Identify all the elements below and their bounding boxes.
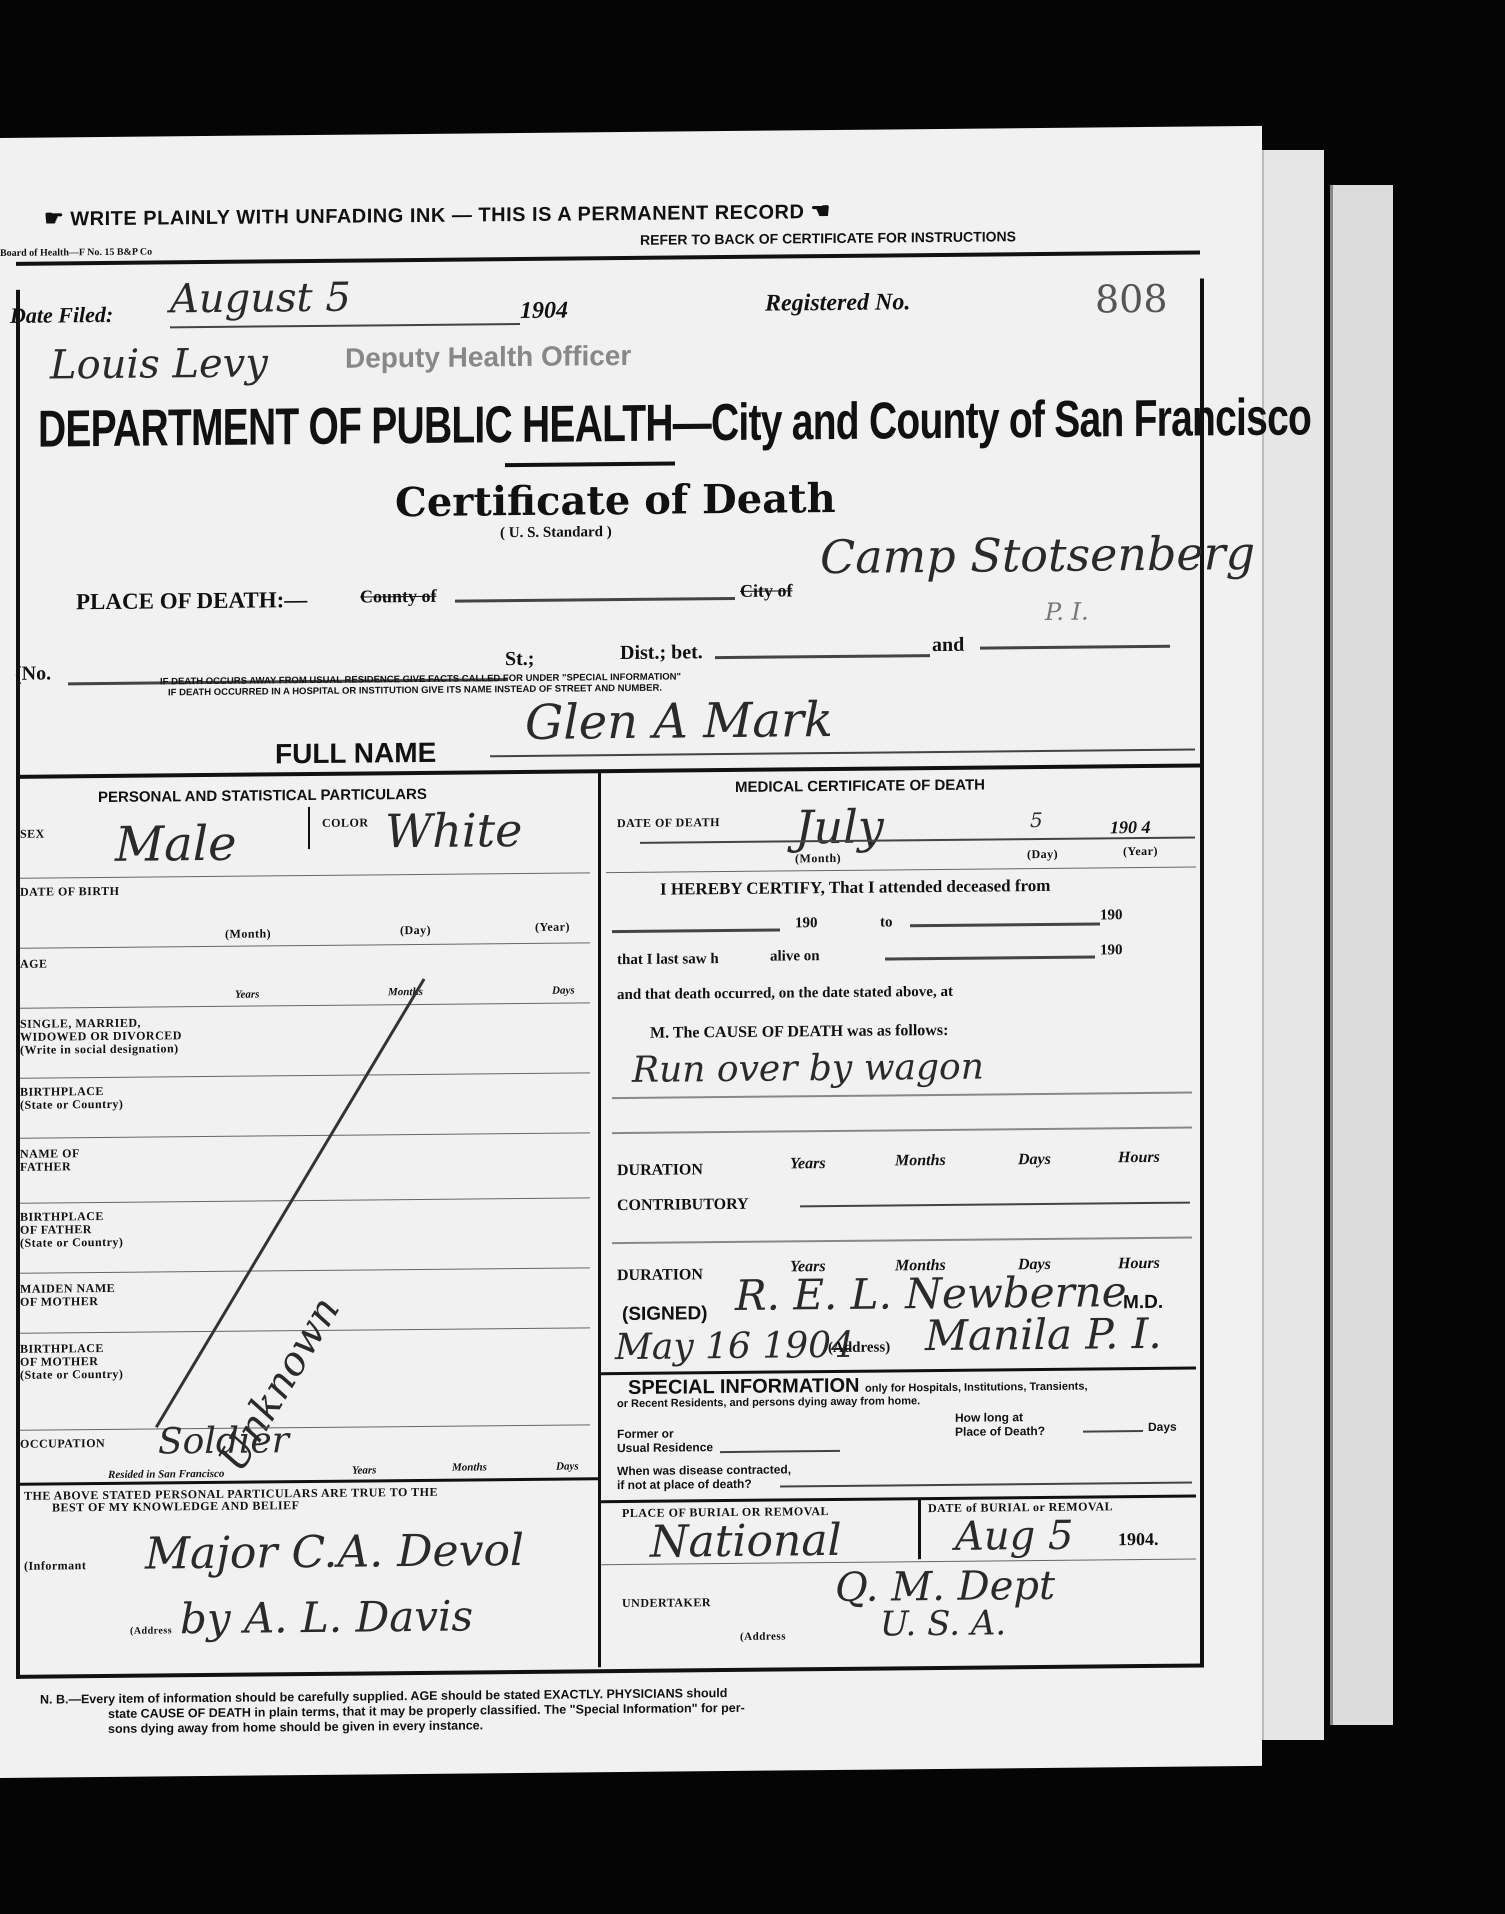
- color-value[interactable]: White: [385, 803, 522, 858]
- resided-years: Years: [352, 1464, 376, 1476]
- mother-name-label: MAIDEN NAME OF MOTHER: [20, 1282, 115, 1309]
- sex-label: SEX: [20, 828, 45, 841]
- cause-of-death-value[interactable]: Run over by wagon: [632, 1047, 984, 1091]
- cause-intro: M. The CAUSE OF DEATH was as follows:: [650, 1022, 948, 1043]
- undertaker-address-label: (Address: [740, 1630, 786, 1643]
- occupation-label: OCCUPATION: [20, 1437, 105, 1451]
- date-filed-label: Date Filed:: [10, 302, 113, 329]
- signed-label: (SIGNED): [622, 1303, 708, 1326]
- month-caption: (Month): [795, 852, 841, 865]
- mother-birthplace-label: BIRTHPLACE OF MOTHER (State or Country): [20, 1342, 123, 1382]
- year-caption: (Year): [1123, 845, 1158, 858]
- last-saw-label: that I last saw h: [617, 951, 719, 969]
- date-filed-value[interactable]: August 5: [170, 275, 351, 323]
- column-divider: [598, 772, 601, 1667]
- certificate-subtitle: ( U. S. Standard ): [500, 524, 612, 542]
- certificate-title: Certificate of Death: [395, 475, 836, 526]
- disease-contracted-label: When was disease contracted, if not at p…: [617, 1462, 791, 1492]
- footnote: N. B.—Every item of information should b…: [40, 1686, 745, 1738]
- full-name-value[interactable]: Glen A Mark: [525, 692, 833, 751]
- top-rule: [16, 250, 1200, 265]
- registered-label: Registered No.: [765, 289, 910, 317]
- undertaker-label: UNDERTAKER: [622, 1596, 711, 1610]
- resided-months: Months: [452, 1461, 487, 1473]
- certify-statement: I HEREBY CERTIFY, That I attended deceas…: [660, 876, 1050, 900]
- age-label: AGE: [20, 958, 48, 971]
- resided-label: Resided in San Francisco: [108, 1468, 224, 1481]
- dob-year-caption: (Year): [535, 921, 570, 934]
- banner: ☛ WRITE PLAINLY WITH UNFADING INK — THIS…: [44, 198, 831, 232]
- date-of-death-day[interactable]: 5: [1030, 808, 1043, 832]
- informant-value[interactable]: Major C.A. Devol: [145, 1525, 524, 1580]
- from-190: 190: [795, 915, 818, 932]
- father-birthplace-label: BIRTHPLACE OF FATHER (State or Country): [20, 1210, 123, 1250]
- department-title: DEPARTMENT OF PUBLIC HEALTH—City and Cou…: [38, 387, 1311, 459]
- burial-place-value[interactable]: National: [650, 1515, 842, 1568]
- pointing-hand-icon: ☛: [44, 205, 64, 230]
- street-label: St.;: [505, 648, 534, 671]
- duration-months: Months: [895, 1152, 946, 1170]
- duration-label-2: DURATION: [617, 1266, 703, 1285]
- street-no-label: (No.: [15, 663, 51, 686]
- alive-190: 190: [1100, 942, 1123, 959]
- occupation-value[interactable]: Soldier: [158, 1420, 289, 1462]
- city-value[interactable]: Camp Stotsenberg: [820, 526, 1255, 584]
- date-of-death-year[interactable]: 190 4: [1110, 817, 1151, 838]
- age-days-caption: Days: [552, 984, 575, 996]
- informant-address-label: (Address: [130, 1624, 172, 1637]
- dob-month-caption: (Month): [225, 927, 271, 940]
- officer-stamp: Deputy Health Officer: [345, 340, 631, 375]
- sex-value[interactable]: Male: [115, 816, 237, 873]
- officer-signature: Louis Levy: [50, 340, 268, 388]
- age-years-caption: Years: [235, 989, 259, 1001]
- form-id: Board of Health—F No. 15 B&P Co: [0, 247, 152, 259]
- and-label: and: [932, 634, 964, 657]
- burial-date-value[interactable]: Aug 5: [955, 1513, 1073, 1560]
- alive-on-label: alive on: [770, 948, 820, 965]
- registered-number[interactable]: 808: [1095, 277, 1168, 322]
- duration-label: DURATION: [617, 1161, 703, 1180]
- burial-divider: [918, 1499, 921, 1559]
- attestation: THE ABOVE STATED PERSONAL PARTICULARS AR…: [24, 1486, 438, 1514]
- day-caption: (Day): [1027, 848, 1058, 861]
- sex-color-divider: [308, 807, 310, 849]
- date-of-death-label: DATE OF DEATH: [617, 816, 720, 830]
- book-page-edge: [1330, 185, 1393, 1725]
- duration-years: Years: [790, 1155, 826, 1173]
- resided-days: Days: [556, 1460, 579, 1472]
- pointing-hand-icon: ☚: [810, 198, 830, 223]
- death-certificate-page: ☛ WRITE PLAINLY WITH UNFADING INK — THIS…: [0, 126, 1262, 1778]
- contributory-label: CONTRIBUTORY: [617, 1196, 749, 1215]
- physician-address-label: (Address): [828, 1339, 890, 1357]
- signed-date[interactable]: May 16 1904: [615, 1325, 854, 1368]
- physician-address-value[interactable]: Manila P. I.: [925, 1309, 1162, 1360]
- how-long-days: Days: [1148, 1420, 1177, 1434]
- dob-label: DATE OF BIRTH: [20, 885, 119, 899]
- city-label: City of: [740, 580, 793, 602]
- date-of-death-month[interactable]: July: [795, 800, 884, 855]
- to-label: to: [880, 914, 893, 931]
- color-label: COLOR: [322, 816, 369, 829]
- full-name-label: FULL NAME: [275, 737, 436, 771]
- city-value-line2: P. I.: [1045, 598, 1089, 626]
- undertaker-address-value[interactable]: U. S. A.: [880, 1603, 1006, 1644]
- birthplace-label: BIRTHPLACE (State or Country): [20, 1085, 123, 1112]
- marital-status-label: SINGLE, MARRIED, WIDOWED OR DIVORCED (Wr…: [20, 1016, 182, 1057]
- refer-instructions: REFER TO BACK OF CERTIFICATE FOR INSTRUC…: [640, 228, 1016, 248]
- to-190: 190: [1100, 907, 1123, 924]
- former-residence-label: Former or Usual Residence: [617, 1426, 713, 1455]
- medical-heading: MEDICAL CERTIFICATE OF DEATH: [735, 777, 985, 796]
- county-label: County of: [360, 586, 437, 608]
- date-filed-year[interactable]: 1904: [520, 298, 568, 325]
- how-long-label: How long at Place of Death?: [955, 1410, 1045, 1439]
- dob-day-caption: (Day): [400, 924, 431, 937]
- father-name-label: NAME OF FATHER: [20, 1147, 80, 1174]
- district-label: Dist.; bet.: [620, 641, 703, 665]
- duration-hours: Hours: [1118, 1149, 1160, 1167]
- duration-days: Days: [1018, 1151, 1051, 1169]
- burial-date-year[interactable]: 1904.: [1118, 1529, 1159, 1550]
- personal-heading: PERSONAL AND STATISTICAL PARTICULARS: [98, 786, 427, 806]
- place-of-death-label: PLACE OF DEATH:—: [76, 587, 307, 615]
- informant-label: (Informant: [24, 1559, 86, 1573]
- informant-address-value[interactable]: by A. L. Davis: [180, 1591, 473, 1643]
- death-occurred-label: and that death occurred, on the date sta…: [617, 984, 953, 1004]
